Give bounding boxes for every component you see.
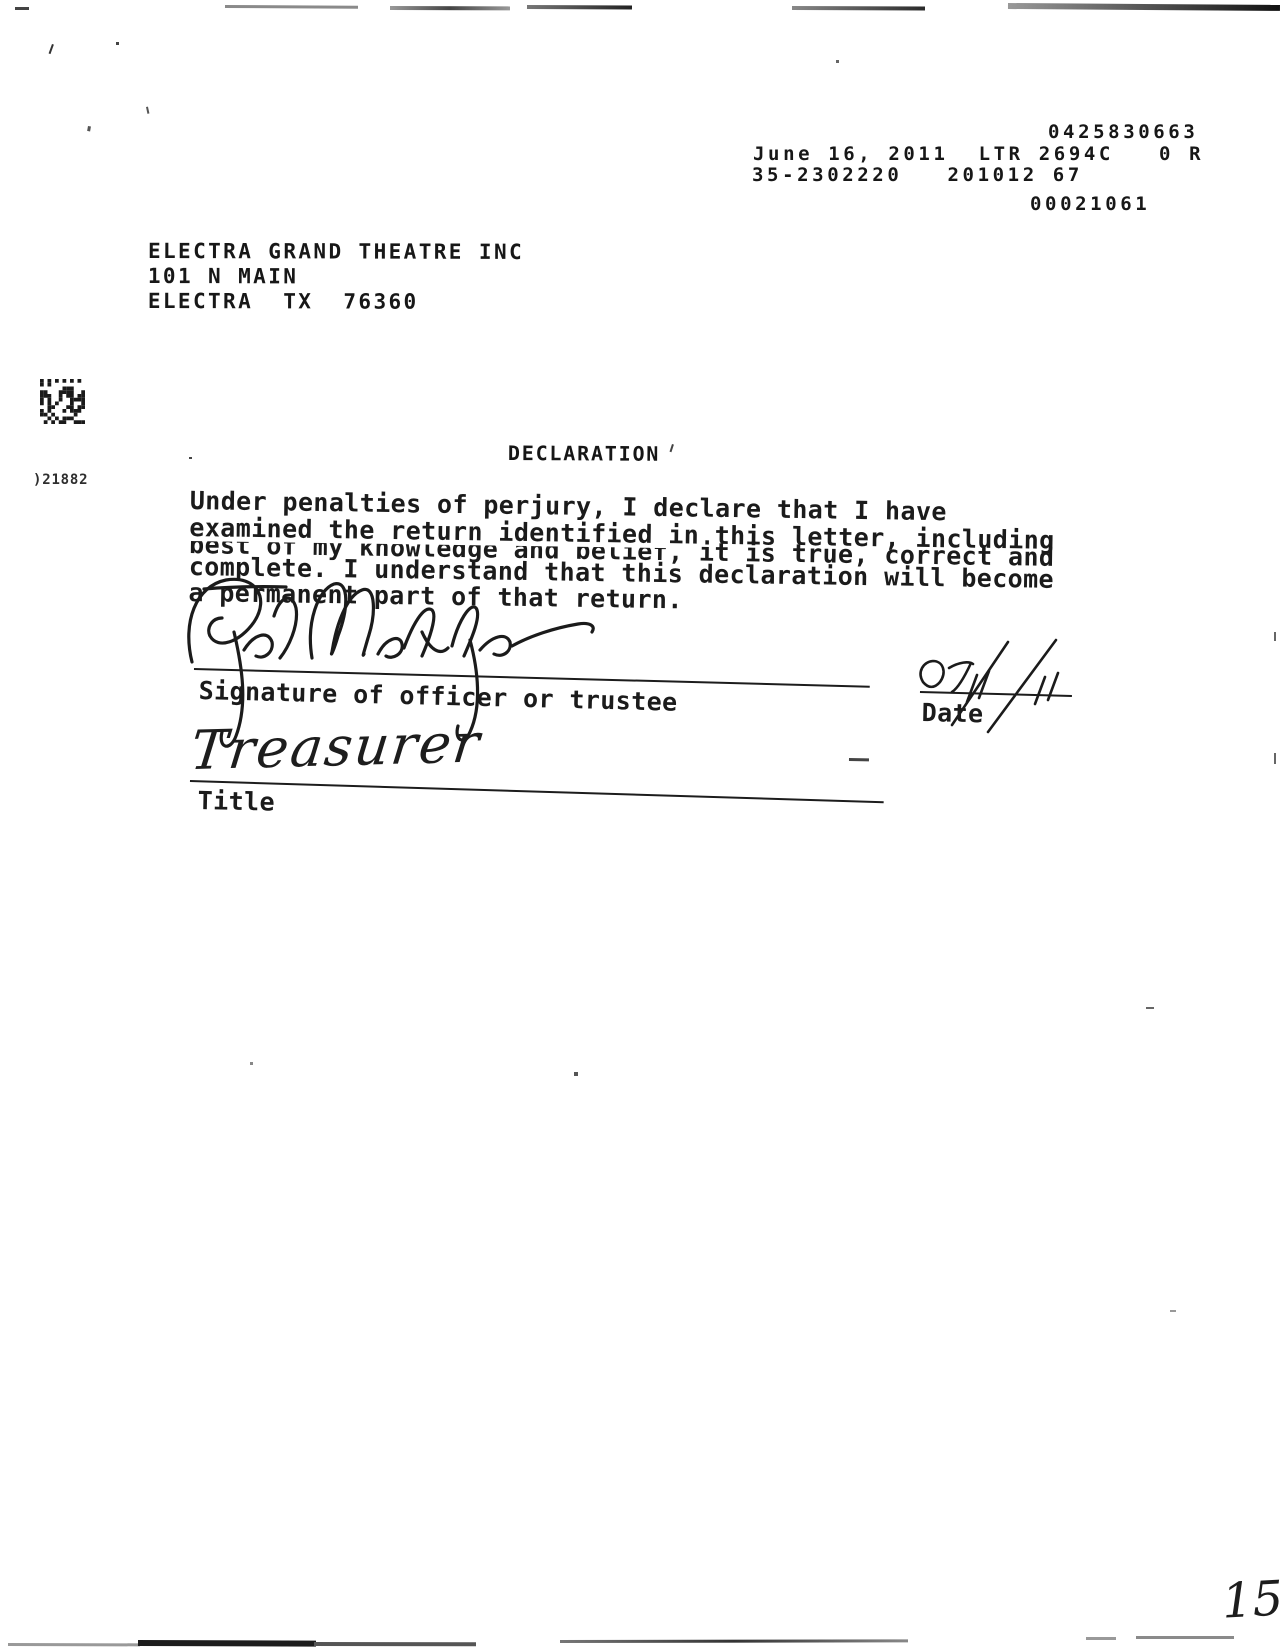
scan-artifact: [560, 1639, 908, 1643]
scanned-declaration-letter: 0425830663 June 16, 2011 LTR 2694C 0 R 3…: [0, 0, 1280, 1651]
speckle: [1274, 632, 1276, 641]
speckle: [146, 107, 149, 114]
date-label: Date: [921, 700, 983, 727]
scan-artifact: [138, 1640, 316, 1646]
speckle: [87, 126, 91, 131]
recipient-name: ELECTRA GRAND THEATRE INC: [148, 239, 524, 265]
scan-artifact: [1136, 1636, 1234, 1639]
speckle: [1170, 1310, 1176, 1312]
speckle: [1274, 753, 1276, 764]
sequence-number: 00021061: [1030, 194, 1150, 214]
declaration-title: DECLARATION: [508, 441, 660, 466]
speckle: [574, 1072, 578, 1076]
scan-artifact: [225, 5, 358, 9]
speckle: [849, 758, 869, 761]
speckle: [49, 44, 54, 54]
speckle: [189, 457, 192, 459]
scan-artifact: [314, 1642, 476, 1646]
scan-artifact: [8, 1643, 140, 1646]
speckle: [250, 1062, 253, 1065]
scan-artifact: [15, 7, 29, 10]
speckle: [836, 60, 839, 63]
scan-artifact: [1086, 1637, 1116, 1640]
recipient-address-block: ELECTRA GRAND THEATRE INC 101 N MAIN ELE…: [148, 239, 524, 315]
data-matrix-barcode-icon: [40, 379, 85, 424]
handwritten-title-script: Treasurer: [188, 716, 484, 778]
handwritten-page-number: 15: [1221, 1574, 1280, 1625]
recipient-city-state-zip: ELECTRA TX 76360: [148, 289, 524, 315]
doc-serial-number: 0425830663: [1048, 122, 1198, 142]
scan-artifact: [1008, 3, 1280, 10]
recipient-street: 101 N MAIN: [148, 264, 524, 290]
scan-artifact: [390, 6, 510, 10]
barcode-matrix: [40, 379, 85, 424]
title-line: [190, 780, 884, 803]
title-label: Title: [197, 788, 275, 816]
stamp-code: )21882: [33, 472, 88, 488]
speckle: [670, 444, 674, 452]
speckle: [1146, 1007, 1154, 1009]
ein-period-line: 35-2302220 201012 67: [752, 165, 1083, 185]
scan-artifact: [792, 6, 925, 10]
letter-date-line: June 16, 2011 LTR 2694C 0 R: [753, 144, 1204, 164]
speckle: [116, 42, 119, 45]
scan-artifact: [527, 5, 632, 10]
